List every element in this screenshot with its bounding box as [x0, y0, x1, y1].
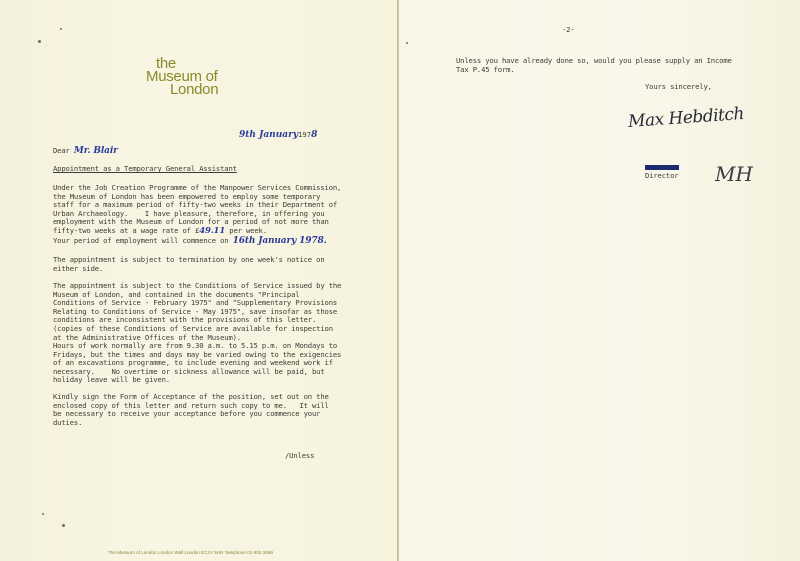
paper-speck — [42, 513, 44, 515]
closing: Yours sincerely, — [645, 83, 712, 92]
paper-speck — [406, 42, 408, 44]
wage-handwritten: 49.11 — [199, 226, 225, 236]
text-line: duties. — [53, 419, 329, 428]
text-line: either side. — [53, 265, 325, 274]
paragraph-p45: Unless you have already done so, would y… — [456, 57, 732, 74]
letter-page-2 — [399, 0, 800, 561]
paper-speck — [38, 40, 41, 43]
paragraph-acceptance: Kindly sign the Form of Acceptance of th… — [53, 393, 329, 427]
salutation: Dear Mr. Blair — [53, 147, 118, 156]
date-typed-year: 197 — [298, 130, 311, 139]
page-number: -2- — [562, 26, 575, 35]
signatory-title: Director — [645, 172, 678, 181]
date-year-digit: 8 — [311, 130, 317, 140]
letterhead-footer: The Museum of London London Wall London … — [108, 550, 273, 555]
redacted-name-bar — [645, 165, 679, 170]
text-line: holiday leave will be given. — [53, 376, 341, 385]
recipient-name-handwritten: Mr. Blair — [74, 146, 118, 156]
salutation-typed: Dear — [53, 146, 74, 155]
paragraph-start-date: Your period of employment will commence … — [53, 237, 327, 246]
text-line: be necessary to receive your acceptance … — [53, 410, 329, 419]
continuation-marker: /Unless — [285, 452, 314, 461]
handwritten-initials: MH — [715, 162, 753, 186]
subject-line: Appointment as a Temporary General Assis… — [53, 165, 237, 174]
paper-speck — [60, 28, 62, 30]
wage-line-suffix: per week. — [225, 226, 267, 235]
text-line: Tax P.45 form. — [456, 66, 732, 75]
paragraph-hours-of-work: Hours of work normally are from 9.30 a.m… — [53, 342, 341, 385]
paper-speck — [62, 524, 65, 527]
letter-page-1: the Museum of London 9th January1978 Dea… — [0, 0, 398, 561]
start-date-handwritten: 16th January 1978. — [233, 236, 327, 246]
museum-of-london-logo: the Museum of London — [146, 57, 218, 96]
wage-line: fifty-two weeks at a wage rate of £49.11… — [53, 227, 341, 236]
start-date-prefix: Your period of employment will commence … — [53, 236, 233, 245]
letter-date: 9th January1978 — [239, 130, 317, 140]
paragraph-job-creation: Under the Job Creation Programme of the … — [53, 184, 341, 236]
paragraph-conditions-of-service: The appointment is subject to the Condit… — [53, 282, 341, 342]
wage-line-prefix: fifty-two weeks at a wage rate of £ — [53, 226, 199, 235]
date-handwritten: 9th January — [239, 130, 298, 140]
paragraph-termination: The appointment is subject to terminatio… — [53, 256, 325, 273]
